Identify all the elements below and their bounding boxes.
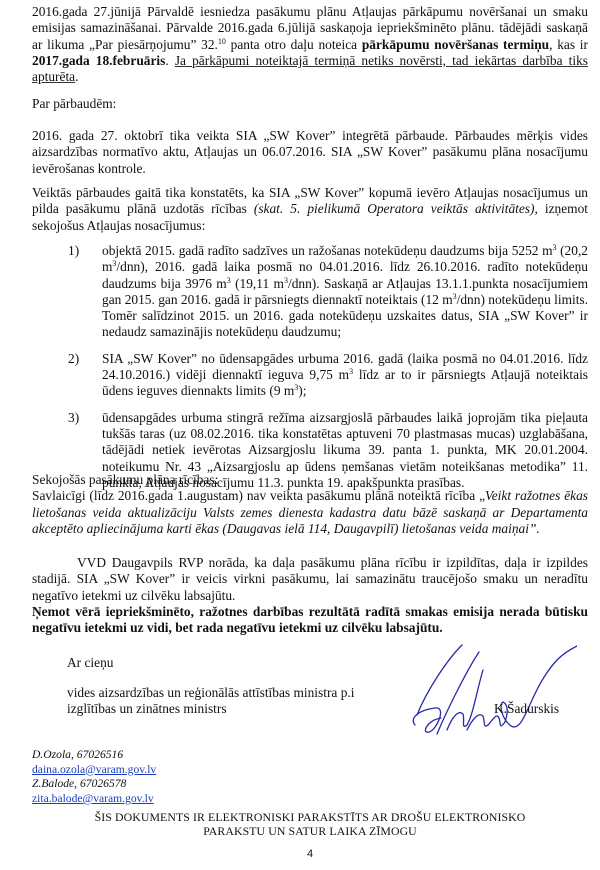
signer-name: K.Šadurskis bbox=[494, 701, 559, 717]
contact-name: Z.Balode, 67026578 bbox=[32, 777, 156, 792]
intro-text: , kas ir bbox=[549, 37, 588, 52]
regards-text: Ar cieņu bbox=[67, 655, 113, 671]
notice-line: ŠIS DOKUMENTS IR ELEKTRONISKI PARAKSTĪTS… bbox=[32, 810, 588, 824]
intro-text: . bbox=[165, 53, 174, 68]
list-item: 2)SIA „SW Kover” no ūdensapgādes urbuma … bbox=[68, 351, 588, 400]
minister-title-line1: vides aizsardzības un reģionālās attīstī… bbox=[67, 685, 354, 701]
superscript: 10 bbox=[218, 37, 226, 46]
followup-text: Savlaicīgi (līdz 2016.gada 1.augustam) n… bbox=[32, 488, 485, 503]
list-item: 1)objektā 2015. gadā radīto sadzīves un … bbox=[68, 243, 588, 341]
electronic-signature-notice: ŠIS DOKUMENTS IR ELEKTRONISKI PARAKSTĪTS… bbox=[32, 810, 588, 838]
item-text: (19,11 m bbox=[231, 276, 284, 291]
page-number: 4 bbox=[32, 846, 588, 862]
findings-paragraph: Veiktās pārbaudes gaitā tika konstatēts,… bbox=[32, 185, 588, 234]
contact-name: D.Ozola, 67026516 bbox=[32, 748, 156, 763]
intro-text: . bbox=[75, 69, 78, 84]
followup-paragraph: Savlaicīgi (līdz 2016.gada 1.augustam) n… bbox=[32, 488, 588, 537]
intro-text: panta otro daļu noteica bbox=[226, 37, 362, 52]
minister-title-line2: izglītības un zinātnes ministrs bbox=[67, 701, 227, 717]
list-number: 3) bbox=[68, 410, 79, 426]
vvd-text: VVD Daugavpils RVP norāda, ka daļa pasāk… bbox=[32, 555, 588, 603]
checks-heading: Par pārbaudēm: bbox=[32, 96, 116, 112]
findings-reference: (skat. 5. pielikumā Operatora veiktās ak… bbox=[254, 201, 535, 216]
contacts-block: D.Ozola, 67026516 daina.ozola@varam.gov.… bbox=[32, 748, 156, 806]
notice-line: PARAKSTU UN SATUR LAIKA ZĪMOGU bbox=[32, 824, 588, 838]
handwritten-signature-icon bbox=[407, 630, 577, 750]
item-text: ); bbox=[298, 383, 306, 398]
followup-heading: Sekojošās pasākumu plāna rīcības: bbox=[32, 472, 588, 488]
list-number: 1) bbox=[68, 243, 79, 259]
list-number: 2) bbox=[68, 351, 79, 367]
followup-section: Sekojošās pasākumu plāna rīcības: Savlai… bbox=[32, 472, 588, 537]
item-text: objektā 2015. gadā radīto sadzīves un ra… bbox=[102, 243, 553, 258]
check-paragraph: 2016. gada 27. oktobrī tika veikta SIA „… bbox=[32, 128, 588, 177]
vvd-paragraph: VVD Daugavpils RVP norāda, ka daļa pasāk… bbox=[32, 555, 588, 604]
deadline-date: 2017.gada 18.februāris bbox=[32, 53, 165, 68]
intro-paragraph: 2016.gada 27.jūnijā Pārvaldē iesniedza p… bbox=[32, 4, 588, 85]
violations-list: 1)objektā 2015. gadā radīto sadzīves un … bbox=[68, 243, 588, 501]
contact-email-link[interactable]: daina.ozola@varam.gov.lv bbox=[32, 763, 156, 776]
deadline-label: pārkāpumu novēršanas termiņu bbox=[362, 37, 549, 52]
contact-email-link[interactable]: zita.balode@varam.gov.lv bbox=[32, 792, 154, 805]
vvd-section: VVD Daugavpils RVP norāda, ka daļa pasāk… bbox=[32, 555, 588, 636]
